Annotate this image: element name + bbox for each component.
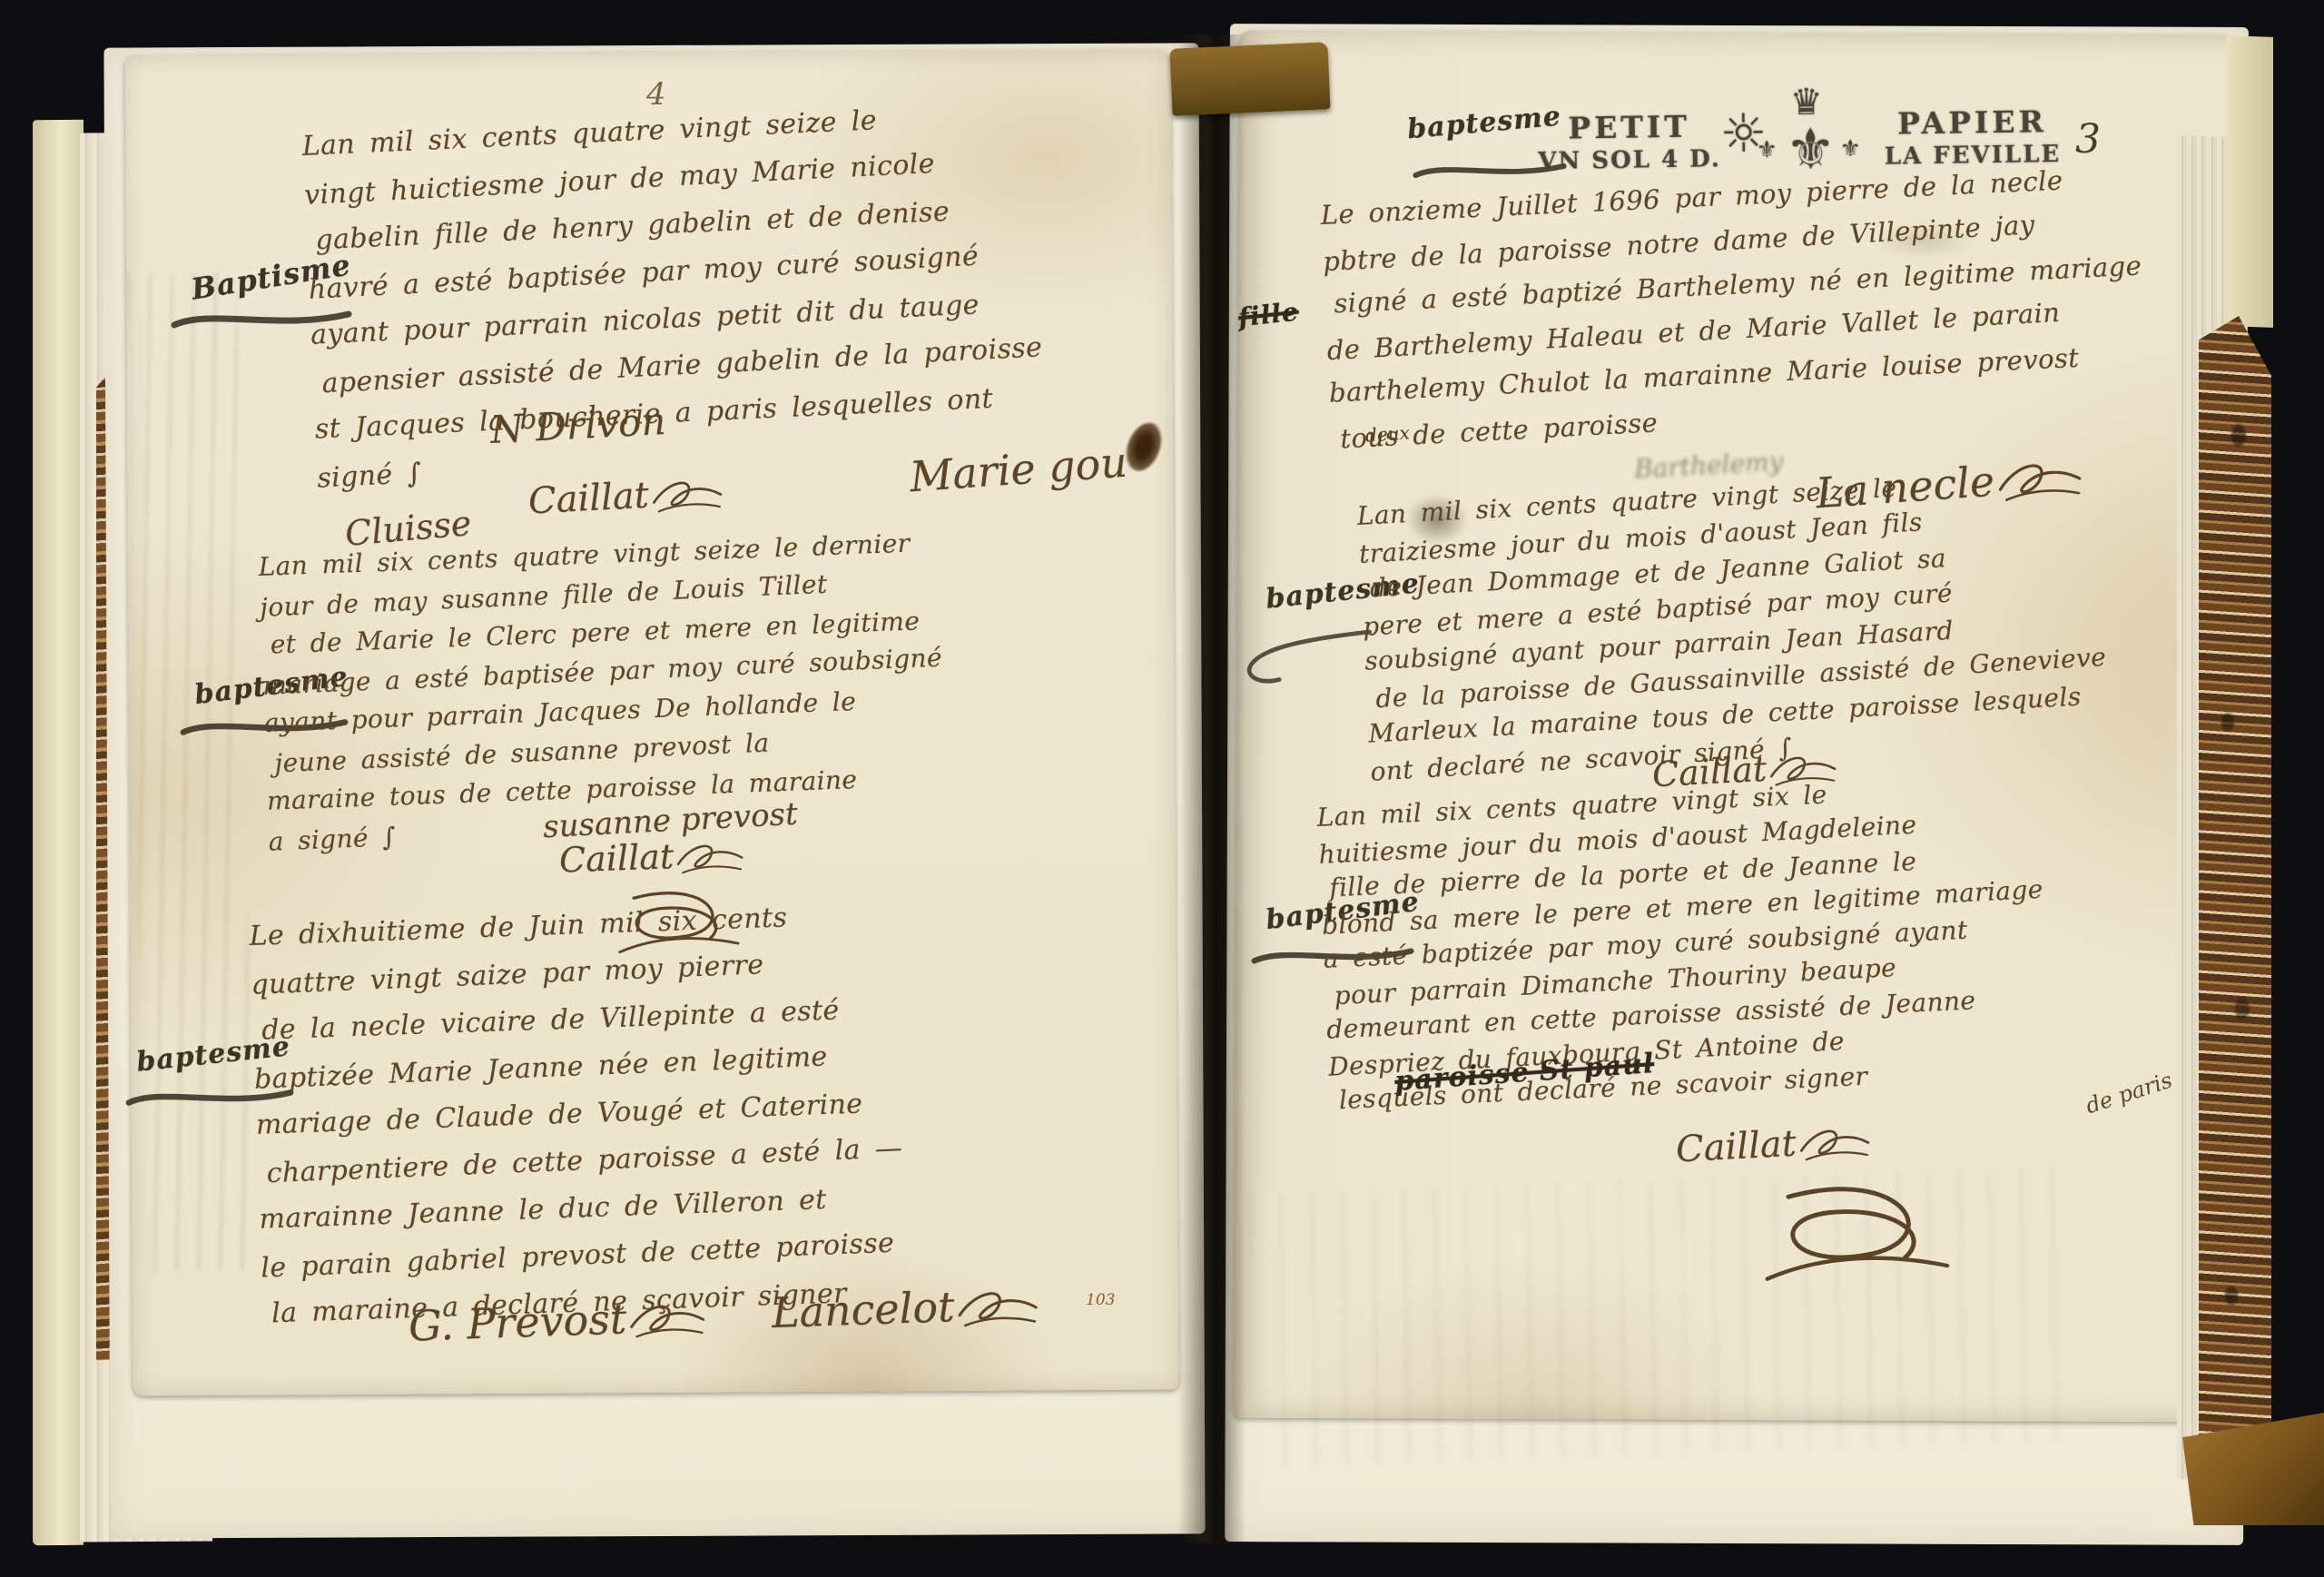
stamp-right-text: PAPIER LA FEVILLE — [1884, 103, 2062, 172]
signature-text: G. Prevost — [408, 1294, 627, 1350]
signature-lancelot: Lancelot — [771, 1279, 1042, 1339]
baptism-record-right-2: Lan mil six cents quatre vingt seize le … — [1356, 462, 2112, 791]
stamp-left-text: PETIT VN SOL 4 D. — [1538, 107, 1722, 177]
right-cover-top-edge — [2226, 35, 2273, 328]
signature-text: Caillat — [558, 836, 675, 880]
signature-text: Lancelot — [771, 1282, 955, 1337]
page-number-right: 3 — [2075, 116, 2101, 163]
stamp-word: VN SOL 4 D. — [1538, 145, 1721, 177]
binding-top-edge — [1169, 42, 1330, 116]
paraph-icon — [673, 838, 746, 879]
photo-backdrop: 4 Baptisme Lan mil six cents quatre ving… — [0, 0, 2324, 1577]
fleur-de-lis-icon: ⚜ — [1756, 136, 1777, 163]
foot-folio-number: 103 — [1086, 1291, 1115, 1309]
folio-number-left: 4 — [646, 76, 666, 113]
stamp-word: PAPIER — [1884, 103, 2061, 143]
baptism-record-right-1: Le onzieme Juillet 1696 par moy pierre d… — [1320, 162, 2149, 467]
paraph-icon — [954, 1285, 1043, 1333]
signature-n-drivon: N Drivon — [489, 399, 667, 452]
paraph-icon — [626, 1297, 710, 1344]
paraph-icon — [648, 474, 726, 517]
left-cover-edge — [33, 120, 84, 1546]
signature-loop-flourish-icon — [1705, 1173, 2004, 1300]
fleur-de-lis-icon: ⚜ — [1785, 115, 1837, 182]
flourish-tail-icon — [1242, 625, 1378, 694]
baptism-record-left-3: Le dixhuitieme de Juin mil six cents qua… — [249, 898, 909, 1345]
book-gutter — [1178, 34, 1246, 1543]
baptism-record-left-1: Lan mil six cents quatre vingt seize le … — [301, 98, 1049, 508]
paraph-icon — [1796, 1122, 1874, 1166]
stamp-word: PETIT — [1538, 107, 1721, 147]
signature-text: Caillat — [1675, 1123, 1797, 1171]
margin-label-fille-struck: fille — [1236, 297, 1300, 333]
signature-g-prevost: G. Prevost — [408, 1291, 709, 1351]
signature-text: Caillat — [527, 475, 650, 523]
fleur-de-lis-icon: ⚜ — [1839, 135, 1861, 163]
ink-bleedthrough — [127, 271, 253, 1272]
right-marbled-edge — [2199, 316, 2271, 1511]
signature-caillat: Caillat — [558, 833, 747, 882]
